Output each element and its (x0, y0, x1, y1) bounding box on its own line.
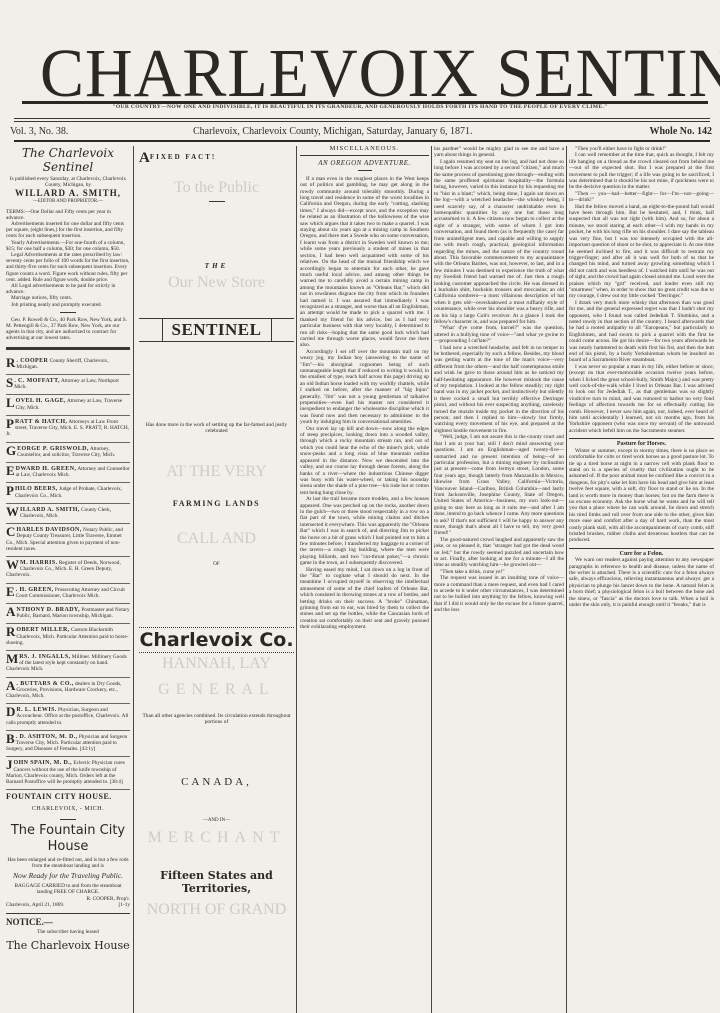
story-paragraph: "Whar' d'ye come from, kurnel?" was the … (434, 325, 564, 344)
article-paragraph: We warn our readers against paying atten… (569, 557, 714, 608)
notice-heading: NOTICE.— (6, 919, 130, 925)
motto-rule (14, 118, 710, 119)
terms-line: Legal Advertisements at the rates prescr… (6, 252, 130, 283)
hotel-name: The Fountain City House (6, 823, 130, 855)
story-paragraph: The good-natured crowd laughed and appar… (434, 537, 564, 569)
paper-title: The Charlevoix Sentinel (6, 146, 130, 174)
story-paragraph: "Then — you—had—better—fight— for—I'm—no… (569, 191, 714, 204)
bleed-through-text: CALL AND (139, 530, 294, 548)
story-paragraph: Had the fellow moved a hand, an eight-to… (569, 204, 714, 300)
agents-note: Geo. P. Rowell & Co., 40 Park Row, New Y… (6, 317, 130, 342)
story-paragraph: Our travel lay up hill and down—now alon… (300, 426, 429, 496)
business-card: R. COOPER County Sheriff, Charlevoix, Mi… (6, 355, 130, 375)
story-paragraph: I drank very much more whisky that after… (569, 300, 714, 364)
bleed-through-text: Our New Store (139, 274, 294, 292)
bleed-through-text: To the Public (139, 179, 294, 197)
hotel-code: [1-1y (119, 902, 130, 908)
business-card: PHILO BEERS, Judge of Probate, Charlevoi… (6, 483, 130, 503)
business-card: GEORGE P. GRISWOLD, Attorney, Counsellor… (6, 443, 130, 463)
publisher-role: —EDITOR AND PROPRIETOR.— (6, 199, 130, 205)
column-divider (133, 146, 134, 1013)
story-paragraph: I again resumed my seat on the log, and … (434, 159, 564, 326)
business-card: LOVEL H. GAGE, Attorney at Law, Traverse… (6, 395, 130, 415)
bleed-through-text: AT THE VERY (139, 463, 294, 481)
business-card: JOHN SPAIN, M. D., Eclectic Physician cu… (6, 757, 130, 790)
hotel-description: Has been enlarged and re-fitted out, and… (6, 857, 130, 869)
story-paragraph: "Well, judge, I am not aware this is the… (434, 434, 564, 537)
business-card: E. H. GREEN, Prosecuting Attorney and Ci… (6, 584, 130, 604)
column-divider (296, 146, 297, 1013)
hotel-city: CHARLEVOIX, - MICH. (6, 806, 130, 812)
column-divider (431, 146, 432, 1013)
story-paragraph: If a man even in the roughest places in … (300, 176, 429, 349)
publisher-name: WILLARD A. SMITH, (6, 188, 130, 199)
section-heading: MISCELLANEOUS. (300, 146, 429, 156)
article-heading-felon: Cure for a Felon. (569, 548, 714, 557)
column-sentinel-advertisement: AFIXED FACT! To the Public THE Our New S… (139, 146, 294, 1013)
dateline: Vol. 3, No. 38. Charlevoix, Charlevoix C… (10, 126, 712, 138)
story-paragraph: I had now a wretched headache, and felt … (434, 345, 564, 435)
article-paragraph: Winter or summer, except in stormy times… (569, 448, 714, 544)
publishing-info: Is published every Saturday, at Charlevo… (6, 176, 130, 188)
column-story-part-3: "Then you'll either have to fight or dri… (569, 146, 714, 1013)
dateline-rule (14, 140, 710, 142)
terms-line: TERMS:—One Dollar and Fifty cents per ye… (6, 209, 130, 221)
story-paragraph: The request was issued in an insulting t… (434, 575, 564, 613)
hotel-dated: Charlevoix, April 21, 1869. (6, 902, 64, 908)
business-card: WILLARD A. SMITH, County Clerk, Charlevo… (6, 504, 130, 524)
bleed-through-text: NORTH OF GRAND (139, 901, 294, 919)
sentinel-nameplate: SENTINEL (162, 319, 272, 341)
section-rule (6, 913, 130, 914)
business-card: S. C. MOFFATT, Attorney at Law, Northpor… (6, 375, 130, 395)
masthead-title: CHARLEVOIX SENTINEL. (40, 49, 705, 99)
short-rule (358, 170, 372, 171)
volume-number: Vol. 3, No. 38. (10, 126, 68, 138)
short-rule (60, 312, 76, 313)
story-paragraph: At last the trail became more trodden, a… (300, 496, 429, 566)
story-paragraph: his pardner" would be mighty glad to see… (434, 146, 564, 159)
hotel-baggage: BAGGAGE CARRIED to and from the steamboa… (6, 883, 130, 895)
business-card: DR. L. LEWIS. Physician, Surgeon and Acc… (6, 704, 130, 731)
the-label: THE (139, 262, 294, 270)
column-business-directory: The Charlevoix Sentinel Is published eve… (6, 146, 130, 1013)
fifteen-states: Fifteen States and Territories, (139, 869, 294, 895)
business-card: MRS. J. INGALLS, Milliner. Millinery Goo… (6, 651, 130, 678)
business-card: PRATT & HATCH, Attorneys at Law Front st… (6, 416, 130, 443)
story-title: AN OREGON ADVENTURE. (300, 160, 429, 166)
hotel-dated-row: Charlevoix, April 21, 1869. [1-1y (6, 902, 130, 908)
hotel-heading: FOUNTAIN CITY HOUSE. (6, 794, 130, 800)
column-story-part-2: his pardner" would be mighty glad to see… (434, 146, 564, 1013)
fixed-fact-heading: AFIXED FACT! (139, 150, 294, 167)
terms-block: TERMS:—One Dollar and Fifty cents per ye… (6, 209, 130, 308)
terms-line: All Legal advertisements to be paid for … (6, 283, 130, 295)
column-story-part-1: MISCELLANEOUS. AN OREGON ADVENTURE. If a… (300, 146, 429, 1013)
story-paragraph: I was never so popular a man in my life,… (569, 364, 714, 434)
newspaper-page: CHARLEVOIX SENTINEL. "OUR COUNTRY—NOW ON… (0, 0, 720, 1013)
business-card: EDWARD H. GREEN, Attorney and Counsellor… (6, 463, 130, 483)
ad-body: Has done more in the work of settling up… (139, 422, 294, 435)
masthead-motto: "OUR COUNTRY—NOW ONE AND INDIVISIBLE, IT… (0, 104, 720, 110)
bleed-through-text: HANNAH, LAY (139, 655, 294, 673)
whole-number: Whole No. 142 (650, 126, 713, 138)
bleed-through-text: MERCHANT (139, 829, 294, 847)
terms-line: Yearly Advertisements.—For one-fourth of… (6, 240, 130, 252)
business-card: CHARLES DAVIDSON, Notary Public, and Dep… (6, 524, 130, 557)
section-rule (6, 347, 130, 350)
business-card: A. BUTTARS & CO., dealers in Dry Goods, … (6, 678, 130, 705)
business-card: ANTHONY D. BRADY, Postmaster and Notary … (6, 604, 130, 624)
hotel-ready: Now Ready for the Traveling Public. (6, 873, 130, 879)
issue-date: Charlevoix, Charlevoix County, Michigan,… (193, 126, 473, 138)
bleed-through-text: GENERAL (139, 681, 294, 699)
farming-lands: FARMING LANDS (139, 499, 294, 508)
canada-label: CANADA, (139, 776, 294, 788)
terms-line: Advertisements inserted for one dollar a… (6, 221, 130, 240)
ad-body: Than all other agencies combined. Its ci… (139, 713, 294, 726)
story-paragraph: Having eased my mind, I sat down on a lo… (300, 567, 429, 631)
business-card: WM. HARRIS. Register of Deeds, Norwood, … (6, 557, 130, 584)
dotted-rule (139, 652, 294, 653)
story-paragraph: Accordingly I set off over the mountain … (300, 349, 429, 426)
business-card: B. D. ASHTON, M. D., Physician and Surge… (6, 731, 130, 758)
notice-text: The subscriber having leased (6, 929, 130, 935)
column-divider (566, 146, 567, 1013)
notice-house: The Charlevoix House (6, 939, 130, 953)
story-paragraph: I can well remember at the time that, qu… (569, 152, 714, 190)
business-card: ROBERT MILLER, Custom Blacksmith Charlev… (6, 624, 130, 651)
county-name: Charlevoix Co. (139, 628, 294, 652)
article-heading-pasture: Pasture for Horses. (569, 438, 714, 447)
terms-line: Job printing neatly and promptly execute… (6, 302, 130, 308)
short-rule (60, 819, 76, 820)
motto-rule-2 (14, 121, 710, 122)
and-in-label: —AND IN— (139, 818, 294, 823)
